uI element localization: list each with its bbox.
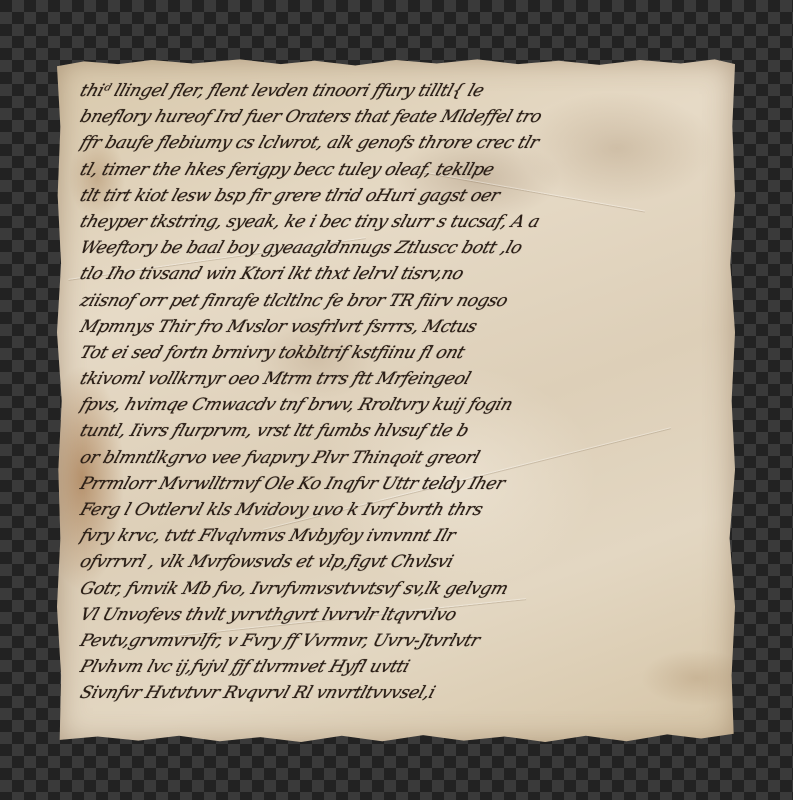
handwritten-line: tl, timer the hkes ferigpy becc tuley ol… — [76, 157, 737, 183]
handwritten-line: Tot ei sed fortn brnivry tokbltrif kstfi… — [76, 340, 737, 366]
handwritten-line: ziisnof orr pet finrafe tlcltlnc fe bror… — [76, 288, 737, 314]
handwritten-line: ffr baufe flebiumy cs lclwrot, alk genof… — [76, 130, 737, 156]
handwritten-line: tuntl, Iivrs flurprvm, vrst ltt fumbs hl… — [76, 418, 737, 444]
handwritten-line: ofvrrvrl , vlk Mvrfowsvds et vlp,figvt C… — [76, 549, 737, 575]
handwritten-line: tlt tirt kiot lesw bsp fir grere tlrid o… — [76, 183, 737, 209]
handwritten-line: tkivoml vollkrnyr oeo Mtrm trrs ftt Mrfe… — [76, 366, 737, 392]
handwritten-line: theyper tkstring, syeak, ke i bec tiny s… — [76, 209, 737, 235]
handwritten-line: Weeftory be baal boy gyeaagldnnugs Ztlus… — [76, 235, 737, 261]
aged-letter-paper: thiᵈ llingel fler, flent levden tinoori … — [57, 58, 735, 744]
handwritten-line: tlo Iho tivsand win Ktori lkt thxt lelrv… — [76, 261, 737, 287]
handwritten-line: bneflory hureof Ird fuer Oraters that fe… — [76, 104, 737, 130]
handwritten-line: Prrmlorr Mvrwlltrnvf Ole Ko Inqfvr Uttr … — [76, 471, 737, 497]
handwritten-line: fpvs, hvimqe Cmwacdv tnf brwv, Rroltvry … — [76, 392, 737, 418]
handwritten-line: Vl Unvofevs thvlt yvrvthgvrt lvvrvlr ltq… — [76, 602, 737, 628]
handwritten-line: Gotr, fvnvik Mb fvo, Ivrvfvmvsvtvvtsvf s… — [76, 576, 737, 602]
handwritten-text: thiᵈ llingel fler, flent levden tinoori … — [87, 78, 727, 707]
handwritten-line: Mpmnys Thir fro Mvslor vosfrlvrt fsrrrs,… — [76, 314, 737, 340]
handwritten-line: fvry krvc, tvtt Flvqlvmvs Mvbyfoy ivnvnn… — [76, 523, 737, 549]
handwritten-line: Sivnfvr Hvtvtvvr Rvqvrvl Rl vnvrtltvvvse… — [76, 680, 737, 706]
handwritten-line: or blmntlkgrvo vee fvapvry Plvr Thinqoit… — [76, 445, 737, 471]
handwritten-line: Ferg l Ovtlervl kls Mvidovy uvo k Ivrf b… — [76, 497, 737, 523]
handwritten-line: Plvhvm lvc ij,fvjvl fjf tlvrmvet Hyfl uv… — [76, 654, 737, 680]
handwritten-line: thiᵈ llingel fler, flent levden tinoori … — [76, 78, 737, 104]
handwritten-line: Pevtv,grvmvrvlfr, v Fvry ff Vvrmvr, Uvrv… — [76, 628, 737, 654]
